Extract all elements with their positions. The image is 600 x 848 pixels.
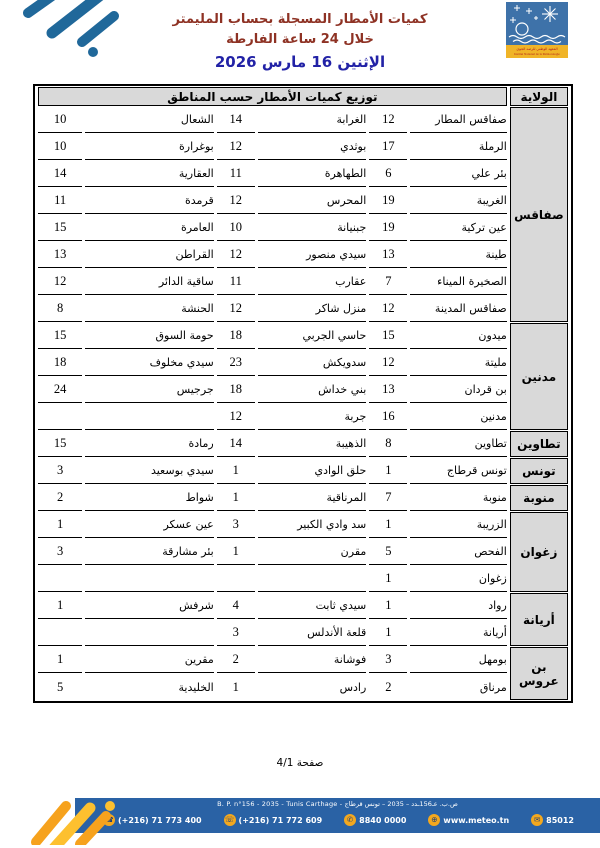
sms-icon: ✉ (531, 814, 543, 826)
station-name: الرملة (410, 134, 506, 160)
rainfall-value: 10 (38, 107, 82, 133)
rainfall-value: 15 (38, 431, 82, 457)
station-name: زغوان (410, 566, 506, 592)
station-name: عين عسكر (85, 512, 213, 538)
table-row: طينة13سيدي منصور12القراطن13 (38, 242, 568, 268)
document-title: كميات الأمطار المسجلة بحساب المليمتر خلا… (120, 10, 480, 50)
station-name: الغرابة (258, 107, 366, 133)
station-name: شواط (85, 485, 213, 511)
rainfall-value: 18 (217, 323, 255, 349)
station-name: سدويكش (258, 350, 366, 376)
rainfall-value: 1 (38, 593, 82, 619)
footer-address: B. P. n°156 - 2035 - Tunis Carthage - ص.… (75, 800, 600, 808)
station-name: سيدي منصور (258, 242, 366, 268)
footer-bar: B. P. n°156 - 2035 - Tunis Carthage - ص.… (75, 798, 600, 833)
station-name: المحرس (258, 188, 366, 214)
contact-item: ☏(+216) 71 772 609 (224, 814, 323, 826)
globe-icon: ⊕ (428, 814, 440, 826)
page: كميات الأمطار المسجلة بحساب المليمتر خلا… (0, 0, 600, 848)
governorate-cell: تونس (510, 458, 568, 484)
table-row: الغريبة19المحرس12قرمدة11 (38, 188, 568, 214)
fax-icon: ☏ (224, 814, 236, 826)
station-name: الزريبة (410, 512, 506, 538)
rainfall-value: 10 (38, 134, 82, 160)
station-name: الحنشة (85, 296, 213, 322)
rainfall-value: 15 (38, 215, 82, 241)
table-row: أريانةرواد1سيدي ثابت4شرفش1 (38, 593, 568, 619)
station-name: قلعة الأندلس (258, 620, 366, 646)
station-name: سد وادي الكبير (258, 512, 366, 538)
station-name: تطاوين (410, 431, 506, 457)
rainfall-value: 19 (369, 188, 407, 214)
rainfall-value: 1 (217, 458, 255, 484)
station-name: الصخيرة الميناء (410, 269, 506, 295)
station-name: جربة (258, 404, 366, 430)
station-name (85, 620, 213, 646)
station-name: بئر علي (410, 161, 506, 187)
station-name: صفاقس المطار (410, 107, 506, 133)
contact-text: www.meteo.tn (443, 816, 509, 825)
station-name: الخليدية (85, 674, 213, 700)
rainfall-value: 13 (369, 242, 407, 268)
station-name: بوثدي (258, 134, 366, 160)
inm-logo-icon: المعهد الوطني للرصد الجوي Institut Natio… (505, 2, 569, 58)
rainfall-value: 12 (217, 134, 255, 160)
station-name: الغريبة (410, 188, 506, 214)
station-name: عين تركية (410, 215, 506, 241)
rainfall-value: 5 (38, 674, 82, 700)
rainfall-value: 1 (217, 485, 255, 511)
rainfall-value: 2 (369, 674, 407, 700)
rainfall-value: 13 (38, 242, 82, 268)
rainfall-value: 23 (217, 350, 255, 376)
station-name: حومة السوق (85, 323, 213, 349)
rainfall-value: 12 (38, 269, 82, 295)
contact-text: 8840 0000 (359, 816, 406, 825)
station-name: قرمدة (85, 188, 213, 214)
table-row: منوبةمنوبة7المرناقية1شواط2 (38, 485, 568, 511)
governorate-cell: مدنين (510, 323, 568, 430)
station-name: بئر مشارقة (85, 539, 213, 565)
station-name: سيدي ثابت (258, 593, 366, 619)
rainfall-value: 11 (217, 269, 255, 295)
footer-stripes-icon (28, 790, 123, 845)
station-name: مدنين (410, 404, 506, 430)
rainfall-value: 1 (369, 512, 407, 538)
station-name: سيدي بوسعيد (85, 458, 213, 484)
station-name: عقارب (258, 269, 366, 295)
station-name: العقارية (85, 161, 213, 187)
table-row: الرملة17بوثدي12بوغرارة10 (38, 134, 568, 160)
rainfall-value: 1 (217, 674, 255, 700)
rainfall-value: 8 (369, 431, 407, 457)
rainfall-value: 11 (217, 161, 255, 187)
rainfall-value: 14 (217, 107, 255, 133)
table-row: صفاقس المدينة12منزل شاكر12الحنشة8 (38, 296, 568, 322)
rainfall-value: 12 (217, 242, 255, 268)
rainfall-value: 8 (38, 296, 82, 322)
station-name: بومهل (410, 647, 506, 673)
rainfall-value: 7 (369, 269, 407, 295)
table-header-row: الولاية توزيع كميات الأمطار حسب المناطق (38, 87, 568, 106)
station-name: الذهيبة (258, 431, 366, 457)
station-name: الطهاهرة (258, 161, 366, 187)
station-name: منزل شاكر (258, 296, 366, 322)
title-line-1: كميات الأمطار المسجلة بحساب المليمتر (120, 10, 480, 30)
rainfall-value: 3 (369, 647, 407, 673)
rainfall-value: 10 (217, 215, 255, 241)
inm-caption-fr: Institut National de la Météorologie (514, 52, 560, 56)
rainfall-value: 12 (369, 350, 407, 376)
table-row: تونستونس قرطاج1حلق الوادي1سيدي بوسعيد3 (38, 458, 568, 484)
rainfall-value: 1 (217, 539, 255, 565)
station-name (258, 566, 366, 592)
rainfall-value (38, 404, 82, 430)
rainfall-value: 19 (369, 215, 407, 241)
station-name: ساقية الدائر (85, 269, 213, 295)
rainfall-value: 1 (369, 566, 407, 592)
rainfall-value: 3 (217, 512, 255, 538)
rainfall-value: 15 (369, 323, 407, 349)
rainfall-value: 17 (369, 134, 407, 160)
station-name: حلق الوادي (258, 458, 366, 484)
station-name (85, 566, 213, 592)
station-name (85, 404, 213, 430)
station-name: مليتة (410, 350, 506, 376)
station-name: مرناق (410, 674, 506, 700)
rainfall-value: 6 (369, 161, 407, 187)
station-name: حاسي الجربي (258, 323, 366, 349)
governorate-column-header: الولاية (510, 87, 568, 106)
station-name: رادس (258, 674, 366, 700)
rainfall-value: 16 (369, 404, 407, 430)
title-line-2: خلال 24 ساعة الفارطة (120, 30, 480, 50)
rainfall-value: 1 (369, 593, 407, 619)
contact-text: (+216) 71 773 400 (118, 816, 202, 825)
contact-item: ✉85012 (531, 814, 574, 826)
inm-caption-ar: المعهد الوطني للرصد الجوي (516, 47, 557, 51)
rainfall-value: 13 (369, 377, 407, 403)
station-name: فوشانة (258, 647, 366, 673)
station-name: ميدون (410, 323, 506, 349)
table-row: بن قردان13بني خداش18جرجيس24 (38, 377, 568, 403)
rainfall-value: 2 (38, 485, 82, 511)
rainfall-value: 12 (369, 296, 407, 322)
footer-contacts: ☎(+216) 71 773 400☏(+216) 71 772 609✆884… (81, 810, 596, 830)
governorate-cell: بن عروس (510, 647, 568, 700)
station-name: بني خداش (258, 377, 366, 403)
rainfall-value: 24 (38, 377, 82, 403)
station-name: جرجيس (85, 377, 213, 403)
governorate-cell: زغوان (510, 512, 568, 592)
rainfall-value: 5 (369, 539, 407, 565)
rainfall-value: 18 (217, 377, 255, 403)
rainfall-value: 4 (217, 593, 255, 619)
station-name: رواد (410, 593, 506, 619)
rainfall-value: 1 (38, 512, 82, 538)
rainfall-value: 2 (217, 647, 255, 673)
contact-item: ⊕www.meteo.tn (428, 814, 509, 826)
rainfall-value: 1 (369, 620, 407, 646)
governorate-cell: صفاقس (510, 107, 568, 322)
table-row: الصخيرة الميناء7عقارب11ساقية الدائر12 (38, 269, 568, 295)
rainfall-value: 3 (38, 539, 82, 565)
station-name: صفاقس المدينة (410, 296, 506, 322)
table-row: بن عروسبومهل3فوشانة2مقرين1 (38, 647, 568, 673)
governorate-cell: تطاوين (510, 431, 568, 457)
callcenter-icon: ✆ (344, 814, 356, 826)
station-name: رمادة (85, 431, 213, 457)
station-name: الشعال (85, 107, 213, 133)
table-row: زغوانالزريبة1سد وادي الكبير3عين عسكر1 (38, 512, 568, 538)
rainfall-value: 12 (217, 404, 255, 430)
rainfall-value (38, 566, 82, 592)
rainfall-value: 18 (38, 350, 82, 376)
station-name: العامرة (85, 215, 213, 241)
station-name: الفحص (410, 539, 506, 565)
table-row: مدنين16جربة12 (38, 404, 568, 430)
rainfall-value: 1 (369, 458, 407, 484)
station-name: بوغرارة (85, 134, 213, 160)
table-row: تطاوينتطاوين8الذهيبة14رمادة15 (38, 431, 568, 457)
table-row: مليتة12سدويكش23سيدي مخلوف18 (38, 350, 568, 376)
rainfall-value (38, 620, 82, 646)
station-name: شرفش (85, 593, 213, 619)
table-row: الفحص5مقرن1بئر مشارقة3 (38, 539, 568, 565)
station-name: مقرين (85, 647, 213, 673)
page-number: صفحة 4/1 (0, 757, 600, 769)
station-name: أريانة (410, 620, 506, 646)
table-row: صفاقسصفاقس المطار12الغرابة14الشعال10 (38, 107, 568, 133)
rainfall-value: 3 (217, 620, 255, 646)
rainfall-value: 11 (38, 188, 82, 214)
table-row: عين تركية19جبنيانة10العامرة15 (38, 215, 568, 241)
contact-item: ✆8840 0000 (344, 814, 406, 826)
rainfall-value: 12 (217, 188, 255, 214)
rainfall-value: 14 (38, 161, 82, 187)
station-name: المرناقية (258, 485, 366, 511)
rainfall-value: 15 (38, 323, 82, 349)
station-name: سيدي مخلوف (85, 350, 213, 376)
governorate-cell: أريانة (510, 593, 568, 646)
rainfall-value: 7 (369, 485, 407, 511)
table-row: مدنينميدون15حاسي الجربي18حومة السوق15 (38, 323, 568, 349)
station-name: تونس قرطاج (410, 458, 506, 484)
station-name: بن قردان (410, 377, 506, 403)
rainfall-table: الولاية توزيع كميات الأمطار حسب المناطق … (33, 84, 573, 703)
rainfall-value: 12 (369, 107, 407, 133)
table-row: أريانة1قلعة الأندلس3 (38, 620, 568, 646)
station-name: مقرن (258, 539, 366, 565)
table-main-header: توزيع كميات الأمطار حسب المناطق (38, 87, 507, 106)
contact-text: 85012 (546, 816, 574, 825)
station-name: طينة (410, 242, 506, 268)
station-name: القراطن (85, 242, 213, 268)
table-row: مرناق2رادس1الخليدية5 (38, 674, 568, 700)
table-row: زغوان1 (38, 566, 568, 592)
rainfall-value: 14 (217, 431, 255, 457)
rainfall-value: 12 (217, 296, 255, 322)
report-date: الإثنين 16 مارس 2026 (120, 53, 480, 71)
rainfall-value: 3 (38, 458, 82, 484)
station-name: جبنيانة (258, 215, 366, 241)
governorate-cell: منوبة (510, 485, 568, 511)
station-name: منوبة (410, 485, 506, 511)
rainfall-value (217, 566, 255, 592)
table-row: بئر علي6الطهاهرة11العقارية14 (38, 161, 568, 187)
contact-text: (+216) 71 772 609 (239, 816, 323, 825)
rain-logo-icon (14, 0, 120, 62)
rainfall-value: 1 (38, 647, 82, 673)
